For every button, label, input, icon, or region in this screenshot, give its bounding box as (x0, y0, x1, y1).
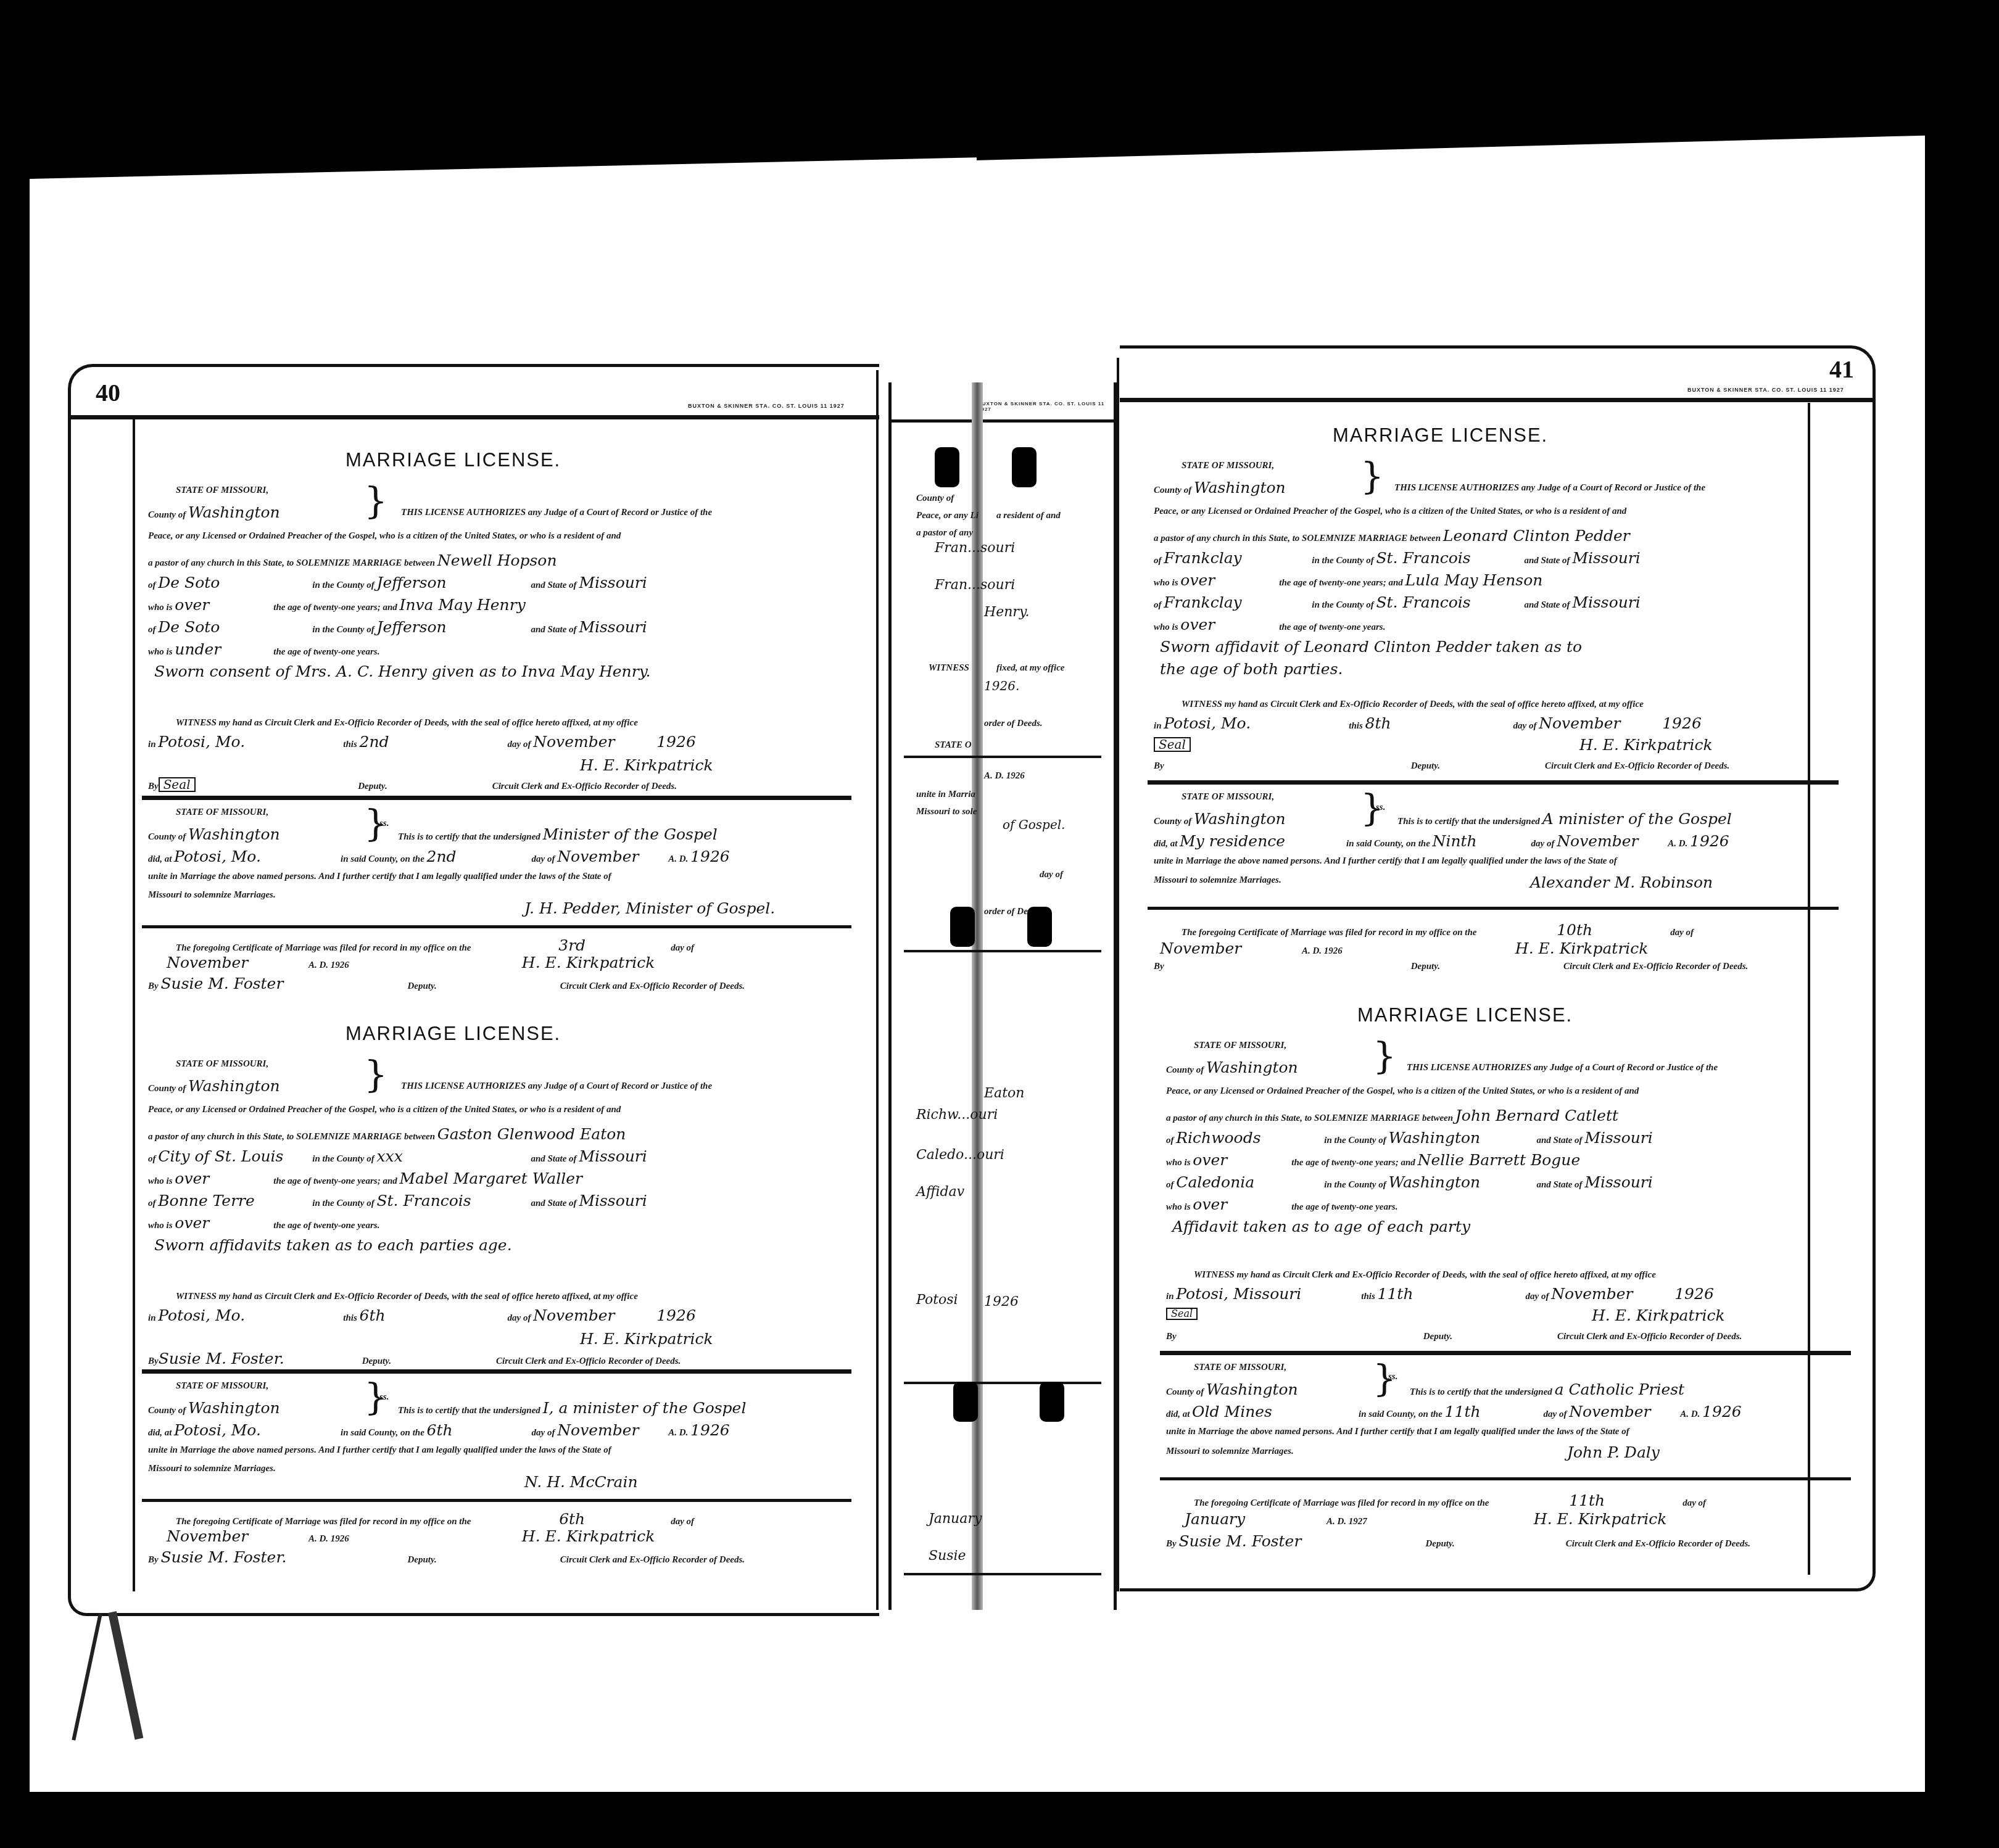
page-fold-crease (972, 382, 983, 1610)
state-of-label: and State of (1524, 556, 1570, 566)
center-fragment: a resident of and (996, 511, 1061, 521)
this-label: this (1349, 721, 1363, 731)
of-label: of (148, 580, 156, 590)
printer-imprint-center: BUXTON & SKINNER STA. CO. ST. LOUIS 11 1… (978, 401, 1114, 412)
issued-line: in Potosi, Mo.this 2ndday of November192… (148, 734, 696, 749)
deputy-label: Deputy. (1411, 962, 1440, 971)
ad-label: A. D. (1326, 1517, 1346, 1527)
bride-name: Nellie Barrett Bogue (1418, 1151, 1581, 1169)
said-county-label: in said County, on the (1346, 839, 1430, 849)
filed-month-line: NovemberA. D. 1926H. E. Kirkpatrick (167, 1528, 655, 1544)
filed-month-line: JanuaryA. D. 1927H. E. Kirkpatrick (1185, 1511, 1667, 1527)
groom-age-line: who is overthe age of twenty-one years; … (1166, 1152, 1580, 1168)
record-title: MARRIAGE LICENSE. (346, 1024, 561, 1043)
bride-name: Lula May Henson (1405, 571, 1543, 589)
by-label: By (1166, 1332, 1177, 1342)
foregoing-label: The foregoing Certificate of Marriage wa… (1194, 1498, 1489, 1508)
cert-month: November (1557, 833, 1668, 849)
center-fragment: Affidav (916, 1184, 964, 1200)
issued-year: 1926 (656, 733, 696, 751)
issued-place: Potosi, Mo. (158, 734, 343, 749)
issued-month: November (1551, 1286, 1674, 1301)
cert-month: November (557, 849, 668, 864)
did-at-label: did, at (148, 1428, 172, 1438)
groom-age: over (175, 597, 273, 613)
filed-deputy: Susie M. Foster (160, 976, 407, 991)
county-of-label: in the County of (1324, 1136, 1386, 1145)
age-label: the age of twenty-one years. (273, 1221, 379, 1231)
state-label: STATE OF MISSOURI, (176, 808, 268, 817)
state-label: STATE OF MISSOURI, (176, 1060, 268, 1069)
center-fragment: of Gospel. (1003, 817, 1065, 832)
seal-line: Seal (1166, 1308, 1198, 1320)
section-rule (1160, 1351, 1851, 1355)
bride-county: Jefferson (376, 619, 531, 635)
bride-state: Missouri (1572, 593, 1640, 611)
groom-residence: of Frankclayin the County of St. Francoi… (1154, 550, 1641, 566)
redaction-block (950, 907, 975, 947)
remarks: Sworn consent of Mrs. A. C. Henry given … (154, 664, 650, 679)
authorizes-line-1: THIS LICENSE AUTHORIZES any Judge of a C… (1407, 1063, 1718, 1073)
solemnize-label: a pastor of any church in this State, to… (1154, 534, 1441, 543)
section-rule (1148, 780, 1839, 785)
who-is-label: who is (1166, 1158, 1191, 1168)
brace: } (1360, 458, 1384, 495)
county-of-label: in the County of (1312, 600, 1373, 610)
deputy-line: BySeal Deputy.Circuit Clerk and Ex-Offic… (148, 777, 677, 792)
unite-line-1: unite in Marriage the above named person… (148, 872, 611, 881)
section-rule (142, 925, 851, 928)
center-fragment: Susie (929, 1548, 966, 1564)
witness-line: WITNESS my hand as Circuit Clerk and Ex-… (1194, 1271, 1656, 1280)
certify-label: This is to certify that the undersigned (398, 1406, 540, 1416)
clerk-title: Circuit Clerk and Ex-Officio Recorder of… (492, 782, 677, 791)
margin-line-left (133, 419, 135, 1591)
cert-year: 1926 (690, 848, 730, 865)
foregoing-label: The foregoing Certificate of Marriage wa… (176, 1517, 471, 1527)
center-fragment: Potosi (916, 1292, 958, 1308)
cert-county-line: County of WashingtonThis is to certify t… (148, 827, 718, 842)
redaction-block (1012, 447, 1037, 487)
by-label: By (148, 1555, 159, 1565)
in-label: in (148, 740, 156, 749)
issued-line: in Potosi, Mo.this 6thday of November192… (148, 1308, 696, 1323)
cert-county: Washington (1194, 811, 1397, 827)
state-of-label: and State of (531, 625, 576, 635)
authorizes-line-2: Peace, or any Licensed or Ordained Preac… (1154, 507, 1626, 516)
center-rule (904, 950, 1101, 952)
said-county-label: in said County, on the (1359, 1409, 1442, 1419)
filed-deputy-line: By Susie M. Foster.Deputy.Circuit Clerk … (148, 1549, 745, 1565)
by-label: By (148, 1356, 159, 1366)
bride-state: Missouri (1584, 1173, 1652, 1191)
bride-age-line: who is overthe age of twenty-one years. (148, 1215, 379, 1231)
deputy-label: Deputy. (1411, 761, 1440, 771)
day-of-label: day of (1526, 1292, 1549, 1301)
said-county-label: in said County, on the (341, 1428, 424, 1438)
clerk-title: Circuit Clerk and Ex-Officio Recorder of… (1566, 1539, 1750, 1549)
groom-county: Washington (1388, 1130, 1536, 1145)
bride-age-line: who is overthe age of twenty-one years. (1166, 1197, 1397, 1212)
age-label: the age of twenty-one years. (1279, 622, 1385, 632)
who-is-label: who is (1154, 578, 1178, 588)
county-line: County of Washington (1154, 480, 1286, 495)
center-fragment: fixed, at my office (996, 663, 1065, 674)
said-county-label: in said County, on the (341, 854, 424, 864)
unite-line-1: unite in Marriage the above named person… (1166, 1427, 1629, 1437)
filed-year: 1926 (1324, 946, 1343, 956)
age-label: the age of twenty-one years; and (273, 1176, 397, 1186)
filed-clerk-signature: H. E. Kirkpatrick (522, 1527, 655, 1545)
solemnize-line: a pastor of any church in this State, to… (148, 553, 557, 568)
filed-line: The foregoing Certificate of Marriage wa… (176, 1511, 694, 1527)
cert-place: Potosi, Mo. (174, 849, 341, 864)
witness-line: WITNESS my hand as Circuit Clerk and Ex-… (1182, 700, 1644, 709)
left-page-edge (876, 370, 879, 1610)
center-rule (904, 1573, 1101, 1575)
unite-line-2: Missouri to solemnize Marriages. (1154, 876, 1281, 885)
ad-label: A. D. (1680, 1409, 1700, 1419)
county-label: County of (148, 1406, 186, 1416)
county-label: County of (1154, 817, 1191, 827)
state-label: STATE OF MISSOURI, (176, 486, 268, 495)
center-fragment: WITNESS (929, 663, 969, 674)
groom-county: St. Francois (1376, 550, 1524, 566)
unite-line-2: Missouri to solemnize Marriages. (1166, 1447, 1294, 1456)
cert-day: 11th (1445, 1404, 1544, 1419)
cert-place-line: did, at Potosi, Mo.in said County, on th… (148, 1422, 730, 1438)
county-of-label: in the County of (312, 580, 374, 590)
remarks: Sworn affidavits taken as to each partie… (154, 1237, 512, 1253)
cert-county: Washington (1206, 1382, 1410, 1397)
of-label: of (1166, 1136, 1174, 1145)
bride-age: under (175, 641, 273, 657)
of-label: of (148, 1154, 156, 1164)
cert-place-line: did, at Potosi, Mo.in said County, on th… (148, 849, 730, 864)
deputy-line: ByDeputy.Circuit Clerk and Ex-Officio Re… (1166, 1332, 1742, 1342)
issued-year: 1926 (656, 1306, 696, 1324)
county-value: Washington (1194, 479, 1286, 497)
filed-clerk-signature: H. E. Kirkpatrick (1515, 939, 1649, 957)
state-of-label: and State of (531, 1154, 576, 1164)
certify-label: This is to certify that the undersigned (1397, 817, 1540, 827)
state-label: STATE OF MISSOURI, (1182, 793, 1274, 802)
filed-month: November (1160, 941, 1302, 956)
age-label: the age of twenty-one years. (273, 647, 379, 657)
filed-line: The foregoing Certificate of Marriage wa… (1194, 1493, 1706, 1508)
groom-age-line: who is overthe age of twenty-one years; … (1154, 572, 1542, 588)
brace: } (364, 1056, 387, 1093)
cert-place: Potosi, Mo. (174, 1422, 341, 1438)
who-is-label: who is (1154, 622, 1178, 632)
authorizes-line-1: THIS LICENSE AUTHORIZES any Judge of a C… (401, 1082, 712, 1091)
filed-year: 1926 (331, 960, 349, 970)
bride-town: Bonne Terre (158, 1193, 312, 1208)
filed-deputy-line: By Susie M. FosterDeputy.Circuit Clerk a… (1166, 1533, 1750, 1549)
cert-place: Old Mines (1192, 1404, 1359, 1419)
officiant-signature: Alexander M. Robinson (1530, 875, 1713, 890)
record-title: MARRIAGE LICENSE. (346, 450, 561, 469)
bride-town: Frankclay (1164, 595, 1312, 610)
redaction-block (935, 447, 959, 487)
county-value: Washington (188, 1077, 280, 1095)
of-label: of (1154, 600, 1162, 610)
section-rule (142, 796, 851, 800)
officiant-title: A minister of the Gospel (1542, 810, 1732, 828)
cert-county: Washington (188, 827, 398, 842)
issued-month: November (1539, 716, 1662, 731)
authorizes-line-2: Peace, or any Licensed or Ordained Preac… (1166, 1087, 1639, 1096)
center-fragment: County of (916, 493, 954, 504)
day-of-label: day of (532, 854, 555, 864)
foregoing-label: The foregoing Certificate of Marriage wa… (1182, 928, 1476, 938)
solemnize-label: a pastor of any church in this State, to… (1166, 1113, 1453, 1123)
foregoing-label: The foregoing Certificate of Marriage wa… (176, 943, 471, 953)
cert-year: 1926 (690, 1421, 730, 1439)
clerk-title: Circuit Clerk and Ex-Officio Recorder of… (1557, 1332, 1742, 1342)
witness-line: WITNESS my hand as Circuit Clerk and Ex-… (176, 719, 638, 728)
cert-day: 2nd (427, 849, 532, 864)
solemnize-label: a pastor of any church in this State, to… (148, 558, 435, 568)
groom-name: Newell Hopson (437, 551, 557, 569)
section-rule (1148, 907, 1839, 910)
center-fragment: STATE O (935, 740, 972, 751)
groom-age-line: who is overthe age of twenty-one years; … (148, 1171, 582, 1186)
of-label: of (148, 625, 156, 635)
who-is-label: who is (148, 1221, 173, 1231)
center-fragment: Missouri to sole (916, 807, 977, 817)
bride-age: over (175, 1215, 273, 1231)
day-of-label: day of (508, 740, 531, 749)
issued-day: 2nd (360, 734, 508, 749)
center-fragment: 1926 (984, 1294, 1019, 1310)
filed-line: The foregoing Certificate of Marriage wa… (176, 938, 694, 953)
groom-name: Leonard Clinton Pedder (1443, 527, 1630, 545)
county-of-label: in the County of (312, 1198, 374, 1208)
groom-residence: of De Sotoin the County of Jeffersonand … (148, 575, 647, 590)
authorizes-line-1: THIS LICENSE AUTHORIZES any Judge of a C… (401, 508, 712, 518)
clerk-title: Circuit Clerk and Ex-Officio Recorder of… (1545, 761, 1729, 771)
filed-day: 6th (473, 1511, 671, 1527)
filed-day: 3rd (473, 938, 671, 953)
groom-age: over (1180, 572, 1279, 588)
filed-month: January (1185, 1511, 1326, 1527)
center-fragment: day of (1040, 870, 1063, 880)
center-fragment: Richw...ouri (916, 1107, 998, 1123)
day-of-label: day of (1682, 1498, 1706, 1508)
this-label: this (1361, 1292, 1375, 1301)
bride-residence: of De Sotoin the County of Jeffersonand … (148, 619, 647, 635)
day-of-label: day of (1544, 1409, 1567, 1419)
center-fragment: Fran...souri (935, 577, 1015, 593)
cert-place: My residence (1180, 833, 1346, 849)
solemnize-label: a pastor of any church in this State, to… (148, 1132, 435, 1142)
unite-line-2: Missouri to solemnize Marriages. (148, 891, 276, 900)
deputy-line: BySusie M. Foster.Deputy.Circuit Clerk a… (148, 1351, 681, 1366)
county-line: County of Washington (148, 505, 280, 520)
cert-year: 1926 (1702, 1403, 1742, 1421)
record-title: MARRIAGE LICENSE. (1357, 1005, 1573, 1025)
cert-year: 1926 (1690, 832, 1729, 850)
groom-residence: of City of St. Louisin the County of xxx… (148, 1149, 647, 1164)
cert-county: Washington (188, 1400, 398, 1416)
authorizes-line-2: Peace, or any Licensed or Ordained Preac… (148, 1105, 621, 1115)
center-fragment: January (929, 1511, 982, 1527)
day-of-label: day of (508, 1313, 531, 1323)
ss-label: ss. (1388, 1372, 1397, 1382)
officiant-signature: J. H. Pedder, Minister of Gospel. (524, 901, 775, 916)
header-rule-right (1120, 398, 1873, 402)
state-label: STATE OF MISSOURI, (1182, 461, 1274, 471)
county-line: County of Washington (1166, 1060, 1298, 1075)
deputy-label: Deputy. (407, 981, 436, 991)
bride-state: Missouri (579, 1192, 647, 1210)
age-label: the age of twenty-one years; and (1291, 1158, 1415, 1168)
filed-deputy-line: ByDeputy.Circuit Clerk and Ex-Officio Re… (1154, 962, 1748, 971)
clerk-signature: H. E. Kirkpatrick (580, 1331, 713, 1347)
header-rule-center (892, 419, 1114, 423)
age-label: the age of twenty-one years; and (273, 603, 397, 613)
state-label: STATE OF MISSOURI, (1194, 1363, 1286, 1372)
filed-month: November (167, 1528, 308, 1544)
clerk-title: Circuit Clerk and Ex-Officio Recorder of… (560, 1555, 745, 1565)
brace: } (1373, 1037, 1396, 1075)
bride-name: Inva May Henry (400, 596, 526, 614)
groom-state: Missouri (579, 574, 647, 592)
county-label: County of (1166, 1387, 1204, 1397)
redaction-block (953, 1382, 978, 1422)
printer-imprint-right: BUXTON & SKINNER STA. CO. ST. LOUIS 11 1… (1687, 387, 1844, 393)
issued-year: 1926 (1674, 1285, 1714, 1303)
age-label: the age of twenty-one years. (1291, 1202, 1397, 1212)
deputy-line: ByDeputy.Circuit Clerk and Ex-Officio Re… (1154, 762, 1729, 771)
by-label: By (1166, 1539, 1177, 1549)
county-value: Washington (1206, 1058, 1298, 1076)
deputy-label: Deputy. (358, 782, 387, 791)
of-label: of (1154, 556, 1162, 566)
filed-month-line: NovemberA. D. 1926H. E. Kirkpatrick (167, 955, 655, 970)
clerk-title: Circuit Clerk and Ex-Officio Recorder of… (1563, 962, 1748, 971)
bride-age: over (1193, 1197, 1291, 1212)
center-fragment: A. D. 1926 (984, 771, 1025, 782)
issued-line: in Potosi, Mo.this 8thday of November192… (1154, 716, 1702, 731)
bride-state: Missouri (579, 618, 647, 636)
of-label: of (1166, 1180, 1174, 1190)
center-folded-page: BUXTON & SKINNER STA. CO. ST. LOUIS 11 1… (888, 382, 1117, 1610)
cert-county-line: County of WashingtonThis is to certify t… (1154, 811, 1732, 827)
center-fragment: Eaton (984, 1086, 1024, 1101)
state-of-label: and State of (531, 580, 576, 590)
center-fragment: Peace, or any Li (916, 511, 979, 521)
center-fragment: 1926. (984, 679, 1019, 693)
groom-name: Gaston Glenwood Eaton (437, 1125, 626, 1143)
county-of-label: in the County of (312, 1154, 374, 1164)
certify-label: This is to certify that the undersigned (398, 832, 540, 842)
bride-town: Caledonia (1176, 1174, 1324, 1190)
bride-county: St. Francois (1376, 595, 1524, 610)
county-label: County of (148, 832, 186, 842)
page-number-left: 40 (96, 378, 120, 407)
cert-month: November (557, 1422, 668, 1438)
filed-deputy: Susie M. Foster (1178, 1533, 1425, 1549)
groom-name: John Bernard Catlett (1455, 1107, 1618, 1124)
center-fragment: Fran...souri (935, 540, 1015, 556)
redaction-block (1027, 907, 1052, 947)
bride-residence: of Frankclayin the County of St. Francoi… (1154, 595, 1641, 610)
issued-deputy: Susie M. Foster. (159, 1351, 362, 1366)
groom-town: Frankclay (1164, 550, 1312, 566)
bride-residence: of Bonne Terrein the County of St. Franc… (148, 1193, 647, 1208)
filed-deputy: Susie M. Foster. (160, 1549, 407, 1565)
ad-label: A. D. (1668, 839, 1687, 849)
filed-month-line: NovemberA. D. 1926H. E. Kirkpatrick (1160, 941, 1649, 956)
cert-place-line: did, at My residencein said County, on t… (1154, 833, 1729, 849)
clerk-signature: H. E. Kirkpatrick (1592, 1308, 1725, 1323)
groom-age-line: who is overthe age of twenty-one years; … (148, 597, 526, 613)
by-label: By (1154, 761, 1164, 771)
groom-age: over (175, 1171, 273, 1186)
officiant-title: a Catholic Priest (1555, 1380, 1684, 1398)
did-at-label: did, at (1154, 839, 1177, 849)
groom-state: Missouri (1572, 549, 1640, 567)
in-label: in (1154, 721, 1162, 731)
issued-place: Potosi, Missouri (1176, 1286, 1361, 1301)
county-of-label: in the County of (312, 625, 374, 635)
solemnize-line: a pastor of any church in this State, to… (148, 1126, 626, 1142)
remarks: Sworn affidavit of Leonard Clinton Pedde… (1160, 639, 1582, 654)
groom-town: De Soto (158, 575, 312, 590)
witness-line: WITNESS my hand as Circuit Clerk and Ex-… (176, 1292, 638, 1301)
center-rule (904, 1382, 1101, 1384)
issued-day: 11th (1378, 1286, 1526, 1301)
solemnize-line: a pastor of any church in this State, to… (1154, 528, 1630, 543)
in-label: in (1166, 1292, 1174, 1301)
filed-clerk-signature: H. E. Kirkpatrick (1534, 1510, 1667, 1528)
authorizes-line-2: Peace, or any Licensed or Ordained Preac… (148, 532, 621, 541)
center-fragment: unite in Marria (916, 790, 975, 800)
state-label: STATE OF MISSOURI, (176, 1382, 268, 1391)
issued-year: 1926 (1662, 714, 1702, 732)
solemnize-line: a pastor of any church in this State, to… (1166, 1108, 1618, 1123)
county-label: County of (148, 510, 186, 520)
ad-label: A. D. (1302, 946, 1322, 956)
county-line: County of Washington (148, 1078, 280, 1094)
seal-mark: Seal (159, 777, 196, 792)
section-rule (1160, 1477, 1851, 1480)
cert-day: 6th (427, 1422, 532, 1438)
state-of-label: and State of (1536, 1180, 1582, 1190)
groom-state: Missouri (1584, 1129, 1652, 1147)
page-number-right: 41 (1829, 355, 1854, 384)
by-label: By (148, 782, 159, 791)
officiant-title: Minister of the Gospel (543, 825, 718, 843)
who-is-label: who is (148, 1176, 173, 1186)
bride-age-line: who is underthe age of twenty-one years. (148, 641, 379, 657)
center-fragment: order of Deeds. (984, 719, 1043, 729)
deputy-label: Deputy. (1423, 1332, 1452, 1342)
this-label: this (343, 1313, 357, 1323)
state-label: STATE OF MISSOURI, (1194, 1041, 1286, 1050)
authorizes-line-1: THIS LICENSE AUTHORIZES any Judge of a C… (1394, 484, 1705, 493)
groom-county: Jefferson (376, 575, 531, 590)
unite-line-1: unite in Marriage the above named person… (1154, 857, 1617, 866)
certify-label: This is to certify that the undersigned (1410, 1387, 1552, 1397)
state-of-label: and State of (1536, 1136, 1582, 1145)
seal-line: Seal (1154, 737, 1191, 752)
record-title: MARRIAGE LICENSE. (1333, 426, 1548, 445)
day-of-label: day of (671, 1517, 694, 1527)
unite-line-1: unite in Marriage the above named person… (148, 1446, 611, 1455)
